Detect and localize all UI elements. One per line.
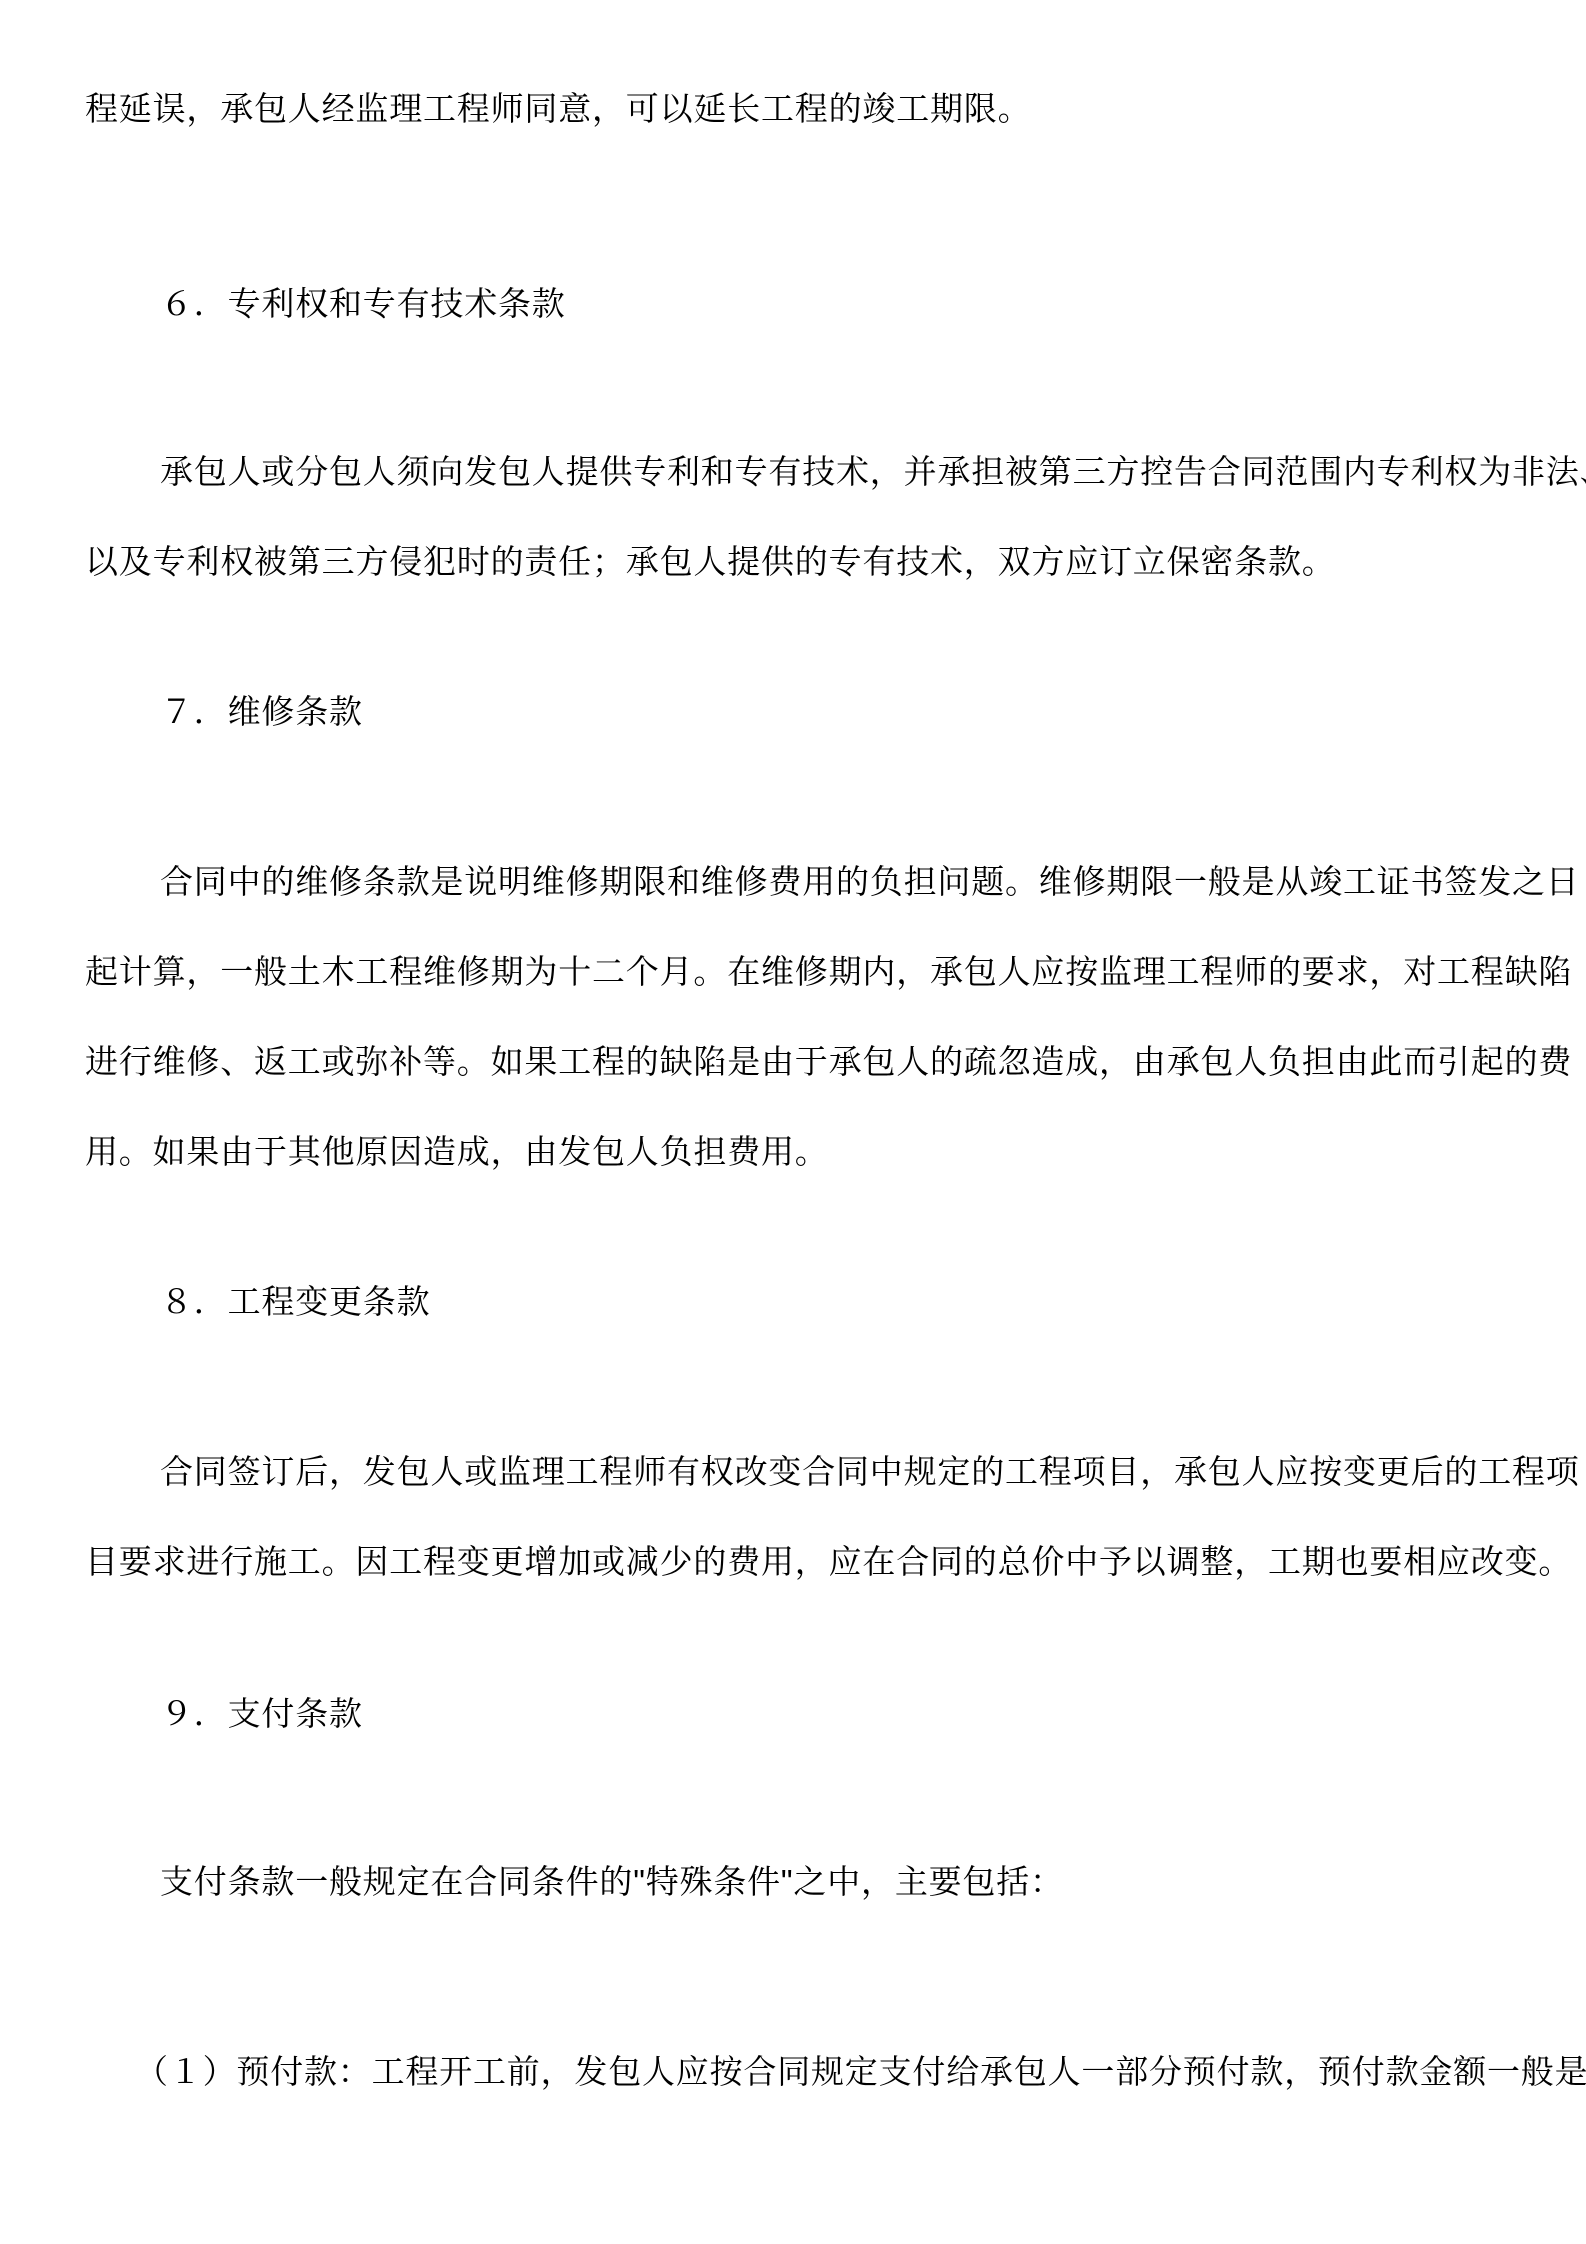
- paragraph-change-terms: 合同签订后，发包人或监理工程师有权改变合同中规定的工程项目，承包人应按变更后的工…: [85, 1427, 1506, 1607]
- paragraph-patent-terms: 承包人或分包人须向发包人提供专利和专有技术，并承担被第三方控告合同范围内专利权为…: [85, 427, 1506, 607]
- paragraph-payment-intro-line: 支付条款一般规定在合同条件的"特殊条件"之中，主要包括：: [85, 1837, 1506, 1927]
- text-line: 目要求进行施工。因工程变更增加或减少的费用，应在合同的总价中予以调整，工期也要相…: [85, 1517, 1506, 1607]
- text-line: 用。如果由于其他原因造成，由发包人负担费用。: [85, 1107, 1506, 1197]
- text-line: 进行维修、返工或弥补等。如果工程的缺陷是由于承包人的疏忽造成，由承包人负担由此而…: [85, 1017, 1506, 1107]
- text-line: 以及专利权被第三方侵犯时的责任；承包人提供的专有技术，双方应订立保密条款。: [85, 517, 1506, 607]
- paragraph-prepayment-line: （１）预付款：工程开工前，发包人应按合同规定支付给承包人一部分预付款，预付款金额…: [85, 2027, 1506, 2117]
- text-line: 承包人或分包人须向发包人提供专利和专有技术，并承担被第三方控告合同范围内专利权为…: [85, 427, 1506, 517]
- text-line: 合同中的维修条款是说明维修期限和维修费用的负担问题。维修期限一般是从竣工证书签发…: [85, 837, 1506, 927]
- section-heading-9: ９．支付条款: [85, 1669, 1506, 1759]
- text-line: 合同签订后，发包人或监理工程师有权改变合同中规定的工程项目，承包人应按变更后的工…: [85, 1427, 1506, 1517]
- section-heading-6: ６．专利权和专有技术条款: [85, 259, 1506, 349]
- document-page: 程延误，承包人经监理工程师同意，可以延长工程的竣工期限。 ６．专利权和专有技术条…: [0, 0, 1586, 2244]
- text-line: 起计算，一般土木工程维修期为十二个月。在维修期内，承包人应按监理工程师的要求，对…: [85, 927, 1506, 1017]
- paragraph-maintenance-terms: 合同中的维修条款是说明维修期限和维修费用的负担问题。维修期限一般是从竣工证书签发…: [85, 837, 1506, 1197]
- paragraph-continuation-line: 程延误，承包人经监理工程师同意，可以延长工程的竣工期限。: [85, 64, 1506, 154]
- section-heading-8: ８．工程变更条款: [85, 1257, 1506, 1347]
- section-heading-7: ７．维修条款: [85, 667, 1506, 757]
